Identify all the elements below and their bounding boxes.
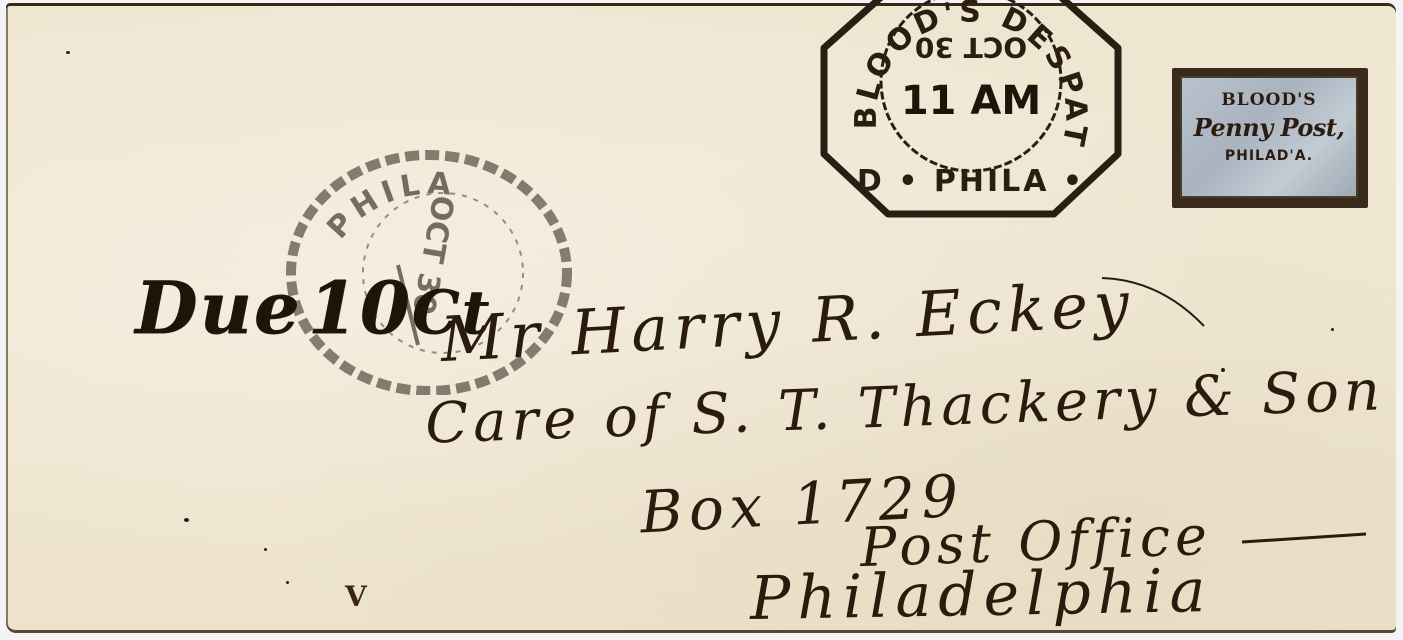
due-amount: 10 [308, 265, 412, 350]
octagonal-postmark: BLOOD'S DESPATCH OCT 30 11 AM D • PHILA … [818, 0, 1124, 218]
pencil-mark: V [345, 580, 367, 613]
address-line-city: Philadelphia [749, 556, 1212, 634]
ink-speck [1331, 328, 1334, 331]
ink-speck [184, 518, 189, 522]
ink-speck [286, 581, 289, 584]
pen-flourish [1100, 270, 1210, 330]
pen-underline [1240, 520, 1370, 550]
svg-text:BLOOD'S DESPATCH: BLOOD'S DESPATCH [818, 0, 1094, 152]
due-word: Due [135, 265, 302, 350]
octagonal-time: 11 AM [901, 78, 1041, 124]
postage-stamp: BLOOD'S Penny Post, PHILAD'A. [1172, 68, 1368, 208]
stamp-city: PHILAD'A. [1182, 148, 1356, 164]
ink-speck [264, 548, 267, 551]
octagonal-date: OCT 30 [915, 31, 1027, 64]
stamp-title: BLOOD'S [1182, 90, 1356, 110]
stamp-subtitle: Penny Post, [1182, 113, 1356, 142]
octagonal-bottom-text: D • PHILA • [857, 164, 1085, 199]
ink-speck [66, 51, 70, 54]
